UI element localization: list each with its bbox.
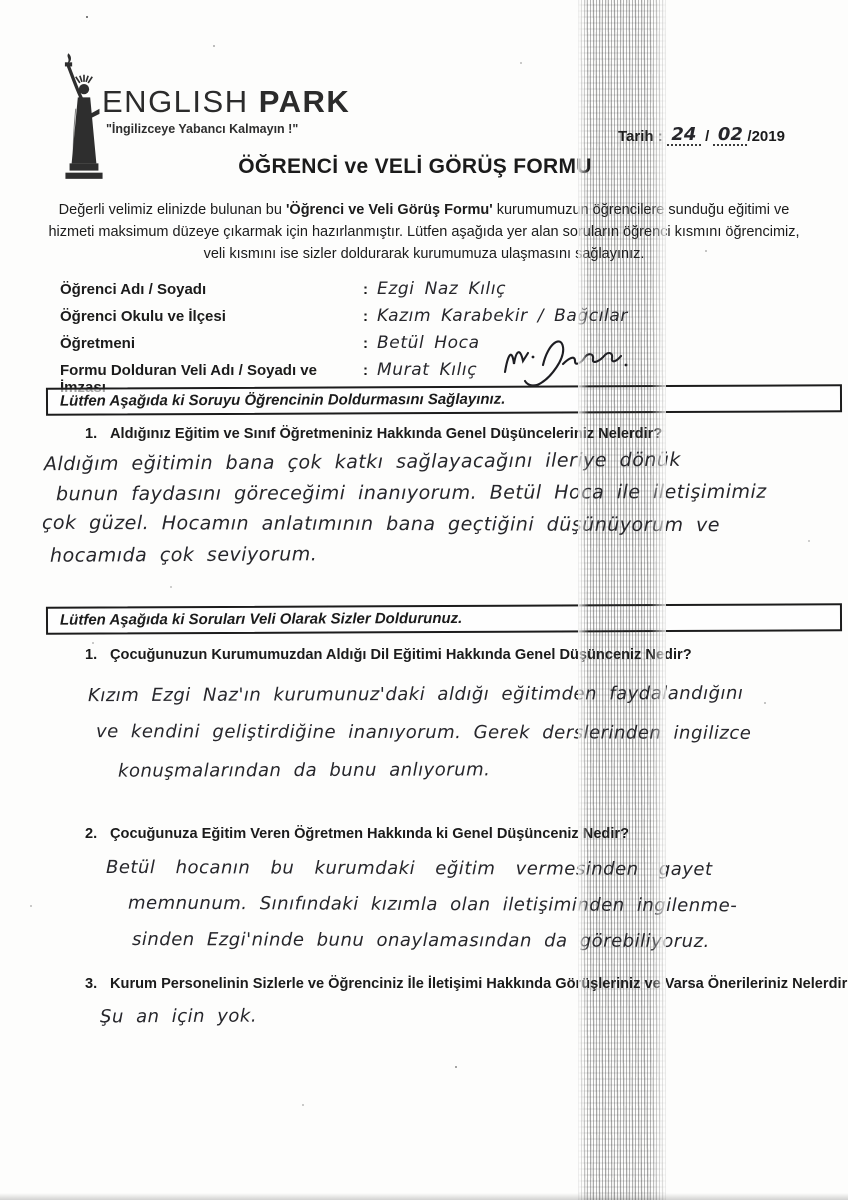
parent-question-2-text: Çocuğunuza Eğitim Veren Öğretmen Hakkınd…: [110, 826, 629, 842]
student-info-fields: Öğrenci Adı / Soyadı : Ezgi Naz Kılıç Öğ…: [60, 281, 780, 389]
parent-question-3-number: 3.: [85, 976, 110, 992]
parent-question-1-text: Çocuğunuzun Kurumumuzdan Aldığı Dil Eğit…: [110, 647, 692, 663]
date-separator-1: /: [705, 128, 709, 145]
field-school-district: Öğrenci Okulu ve İlçesi : Kazım Karabeki…: [60, 308, 780, 335]
intro-line-1: Değerli velimiz elinizde bulunan bu 'Öğr…: [0, 199, 848, 221]
student-answer-line: bunun faydasını göreceğimi inanıyorum. B…: [56, 481, 767, 505]
field-parent-name-value: Murat Kılıç: [377, 360, 477, 380]
brand-tagline: "İngilizceye Yabancı Kalmayın !": [106, 122, 298, 136]
parent-answer-1-line: ve kendini geliştirdiğine inanıyorum. Ge…: [96, 721, 751, 744]
student-answer-line: çok güzel. Hocamın anlatımının bana geçt…: [42, 512, 720, 536]
parent-signature: [497, 334, 629, 392]
parent-answer-1-line: Kızım Ezgi Naz'ın kurumunuz'daki aldığı …: [88, 683, 743, 706]
scan-speckles: [0, 0, 2, 2]
brand-name-bold: PARK: [259, 84, 351, 119]
scanned-form-page: ENGLISH PARK "İngilizceye Yabancı Kalmay…: [0, 0, 848, 1200]
parent-answer-1-line: konuşmalarından da bunu anlıyorum.: [118, 759, 490, 781]
field-teacher: Öğretmeni : Betül Hoca: [60, 335, 780, 362]
date-month-value: 02: [718, 124, 743, 145]
field-teacher-value: Betül Hoca: [377, 333, 480, 353]
date-line: Tarih : 24 / 02/2019: [618, 128, 785, 146]
parent-answer-2-line: sinden Ezgi'ninde bunu onaylamasından da…: [132, 929, 710, 952]
intro-line-3: veli kısmını ise sizler doldurarak kurum…: [0, 243, 848, 265]
parent-answer-2-line: Betül hocanın bu kurumdaki eğitim vermes…: [106, 857, 713, 880]
intro-line-2: hizmeti maksimum düzeye çıkarmak için ha…: [0, 221, 848, 243]
student-question-1-text: Aldığınız Eğitim ve Sınıf Öğretmeniniz H…: [110, 426, 662, 442]
parent-answer-2-line: memnunum. Sınıfındaki kızımla olan ileti…: [128, 893, 737, 917]
date-year: 2019: [752, 128, 785, 145]
parent-question-3-text: Kurum Personelinin Sizlerle ve Öğrencini…: [110, 976, 848, 992]
brand-name: ENGLISH PARK: [102, 84, 350, 120]
parent-answer-3-line: Şu an için yok.: [100, 1006, 257, 1028]
parent-question-2: 2.Çocuğunuza Eğitim Veren Öğretmen Hakkı…: [85, 826, 629, 842]
intro-paragraph: Değerli velimiz elinizde bulunan bu 'Öğr…: [0, 199, 848, 265]
parent-section-header: Lütfen Aşağıda ki Soruları Veli Olarak S…: [46, 603, 842, 634]
date-label: Tarih :: [618, 128, 663, 145]
parent-question-3: 3.Kurum Personelinin Sizlerle ve Öğrenci…: [85, 976, 848, 992]
student-question-1: 1.Aldığınız Eğitim ve Sınıf Öğretmeniniz…: [85, 426, 662, 442]
date-month-slot: 02: [713, 129, 747, 146]
student-answer-line: Aldığım eğitimin bana çok katkı sağlayac…: [44, 449, 681, 475]
student-section-header: Lütfen Aşağıda ki Soruyu Öğrencinin Dold…: [46, 384, 842, 415]
field-school-district-value: Kazım Karabekir / Bağcılar: [377, 306, 628, 326]
parent-question-1-number: 1.: [85, 647, 110, 663]
field-student-name: Öğrenci Adı / Soyadı : Ezgi Naz Kılıç: [60, 281, 780, 308]
student-answer-line: hocamıda çok seviyorum.: [50, 543, 317, 566]
student-question-1-number: 1.: [85, 426, 110, 442]
form-title: ÖĞRENCİ ve VELİ GÖRÜŞ FORMU: [0, 155, 830, 179]
field-student-name-value: Ezgi Naz Kılıç: [377, 279, 506, 299]
date-day-slot: 24: [667, 129, 701, 146]
brand-name-light: ENGLISH: [102, 84, 249, 119]
scanner-noise-stripe: [578, 0, 666, 1200]
date-day-value: 24: [671, 124, 696, 145]
parent-question-1: 1.Çocuğunuzun Kurumumuzdan Aldığı Dil Eğ…: [85, 647, 692, 663]
scan-bottom-edge: [0, 1193, 848, 1200]
parent-question-2-number: 2.: [85, 826, 110, 842]
